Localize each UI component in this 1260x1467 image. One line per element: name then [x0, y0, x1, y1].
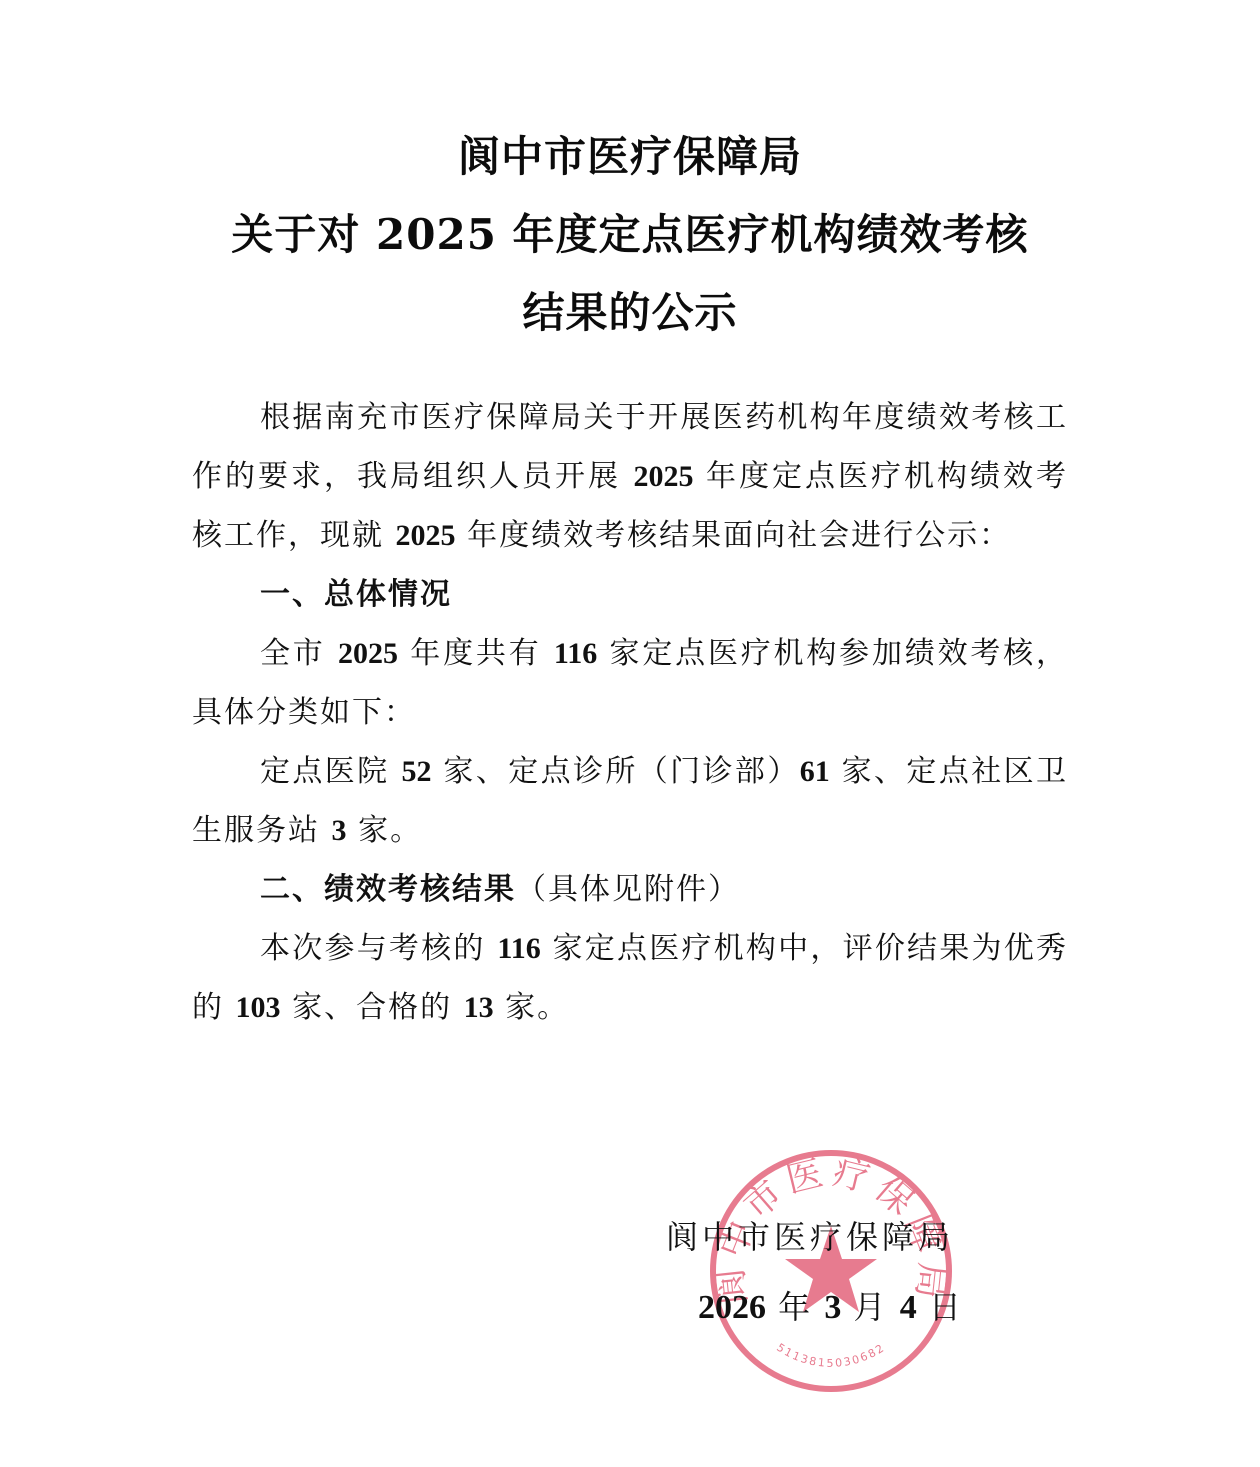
date-month-unit: 月: [841, 1288, 899, 1326]
date-month: 3: [824, 1289, 841, 1326]
s1p2-text-a: 定点医院: [260, 754, 402, 789]
intro-text-3: 年度绩效考核结果面向社会进行公示：: [456, 518, 1012, 553]
s2p-text-d: 家。: [494, 990, 570, 1025]
date-year: 2026: [698, 1289, 766, 1326]
title-line-3: 结果的公示: [0, 274, 1260, 352]
section-1-heading: 一、总体情况: [192, 565, 1068, 624]
section-2-heading-bold: 二、绩效考核结果: [260, 872, 516, 907]
s2p-excellent: 103: [236, 991, 281, 1024]
section-2-heading-note: （具体见附件）: [516, 872, 740, 907]
s2p-qualified: 13: [464, 991, 494, 1024]
s2p-total: 116: [497, 932, 540, 965]
s1p1-text-a: 全市: [260, 636, 338, 671]
date-day-unit: 日: [917, 1288, 963, 1326]
s1p2-text-d: 家。: [347, 813, 423, 848]
signature-date: 2026 年 3 月 4 日: [698, 1282, 963, 1333]
s1p1-total: 116: [554, 637, 597, 670]
date-year-unit: 年: [766, 1288, 824, 1326]
svg-text:5113815030682: 5113815030682: [774, 1341, 887, 1370]
s1p2-hospitals: 52: [402, 755, 432, 788]
section-2-heading: 二、绩效考核结果（具体见附件）: [192, 860, 1068, 919]
date-day: 4: [900, 1289, 917, 1326]
intro-paragraph: 根据南充市医疗保障局关于开展医药机构年度绩效考核工作的要求，我局组织人员开展 2…: [192, 388, 1068, 565]
s1p1-text-b: 年度共有: [398, 636, 554, 671]
s1p2-clinics: 61: [800, 755, 830, 788]
title-line-2: 关于对 2025 年度定点医疗机构绩效考核: [0, 196, 1260, 274]
signature-org: 阆中市医疗保障局: [666, 1212, 954, 1262]
section-2-paragraph: 本次参与考核的 116 家定点医疗机构中，评价结果为优秀的 103 家、合格的 …: [192, 919, 1068, 1037]
s1p2-stations: 3: [332, 814, 347, 847]
section-1-paragraph-2: 定点医院 52 家、定点诊所（门诊部）61 家、定点社区卫生服务站 3 家。: [192, 742, 1068, 860]
document-title: 阆中市医疗保障局 关于对 2025 年度定点医疗机构绩效考核 结果的公示: [0, 118, 1260, 352]
seal-number: 5113815030682: [774, 1341, 887, 1370]
intro-year-1: 2025: [633, 460, 693, 493]
official-seal: 阆中市医疗保障局 5113815030682: [706, 1146, 956, 1396]
document-body: 根据南充市医疗保障局关于开展医药机构年度绩效考核工作的要求，我局组织人员开展 2…: [192, 388, 1068, 1037]
section-1-paragraph-1: 全市 2025 年度共有 116 家定点医疗机构参加绩效考核，具体分类如下：: [192, 624, 1068, 742]
title-line-1: 阆中市医疗保障局: [0, 118, 1260, 196]
s1p1-year: 2025: [338, 637, 398, 670]
s2p-text-c: 家、合格的: [281, 990, 464, 1025]
s2p-text-a: 本次参与考核的: [260, 931, 497, 966]
intro-year-2: 2025: [396, 519, 456, 552]
s1p2-text-b: 家、定点诊所（门诊部）: [432, 754, 800, 789]
